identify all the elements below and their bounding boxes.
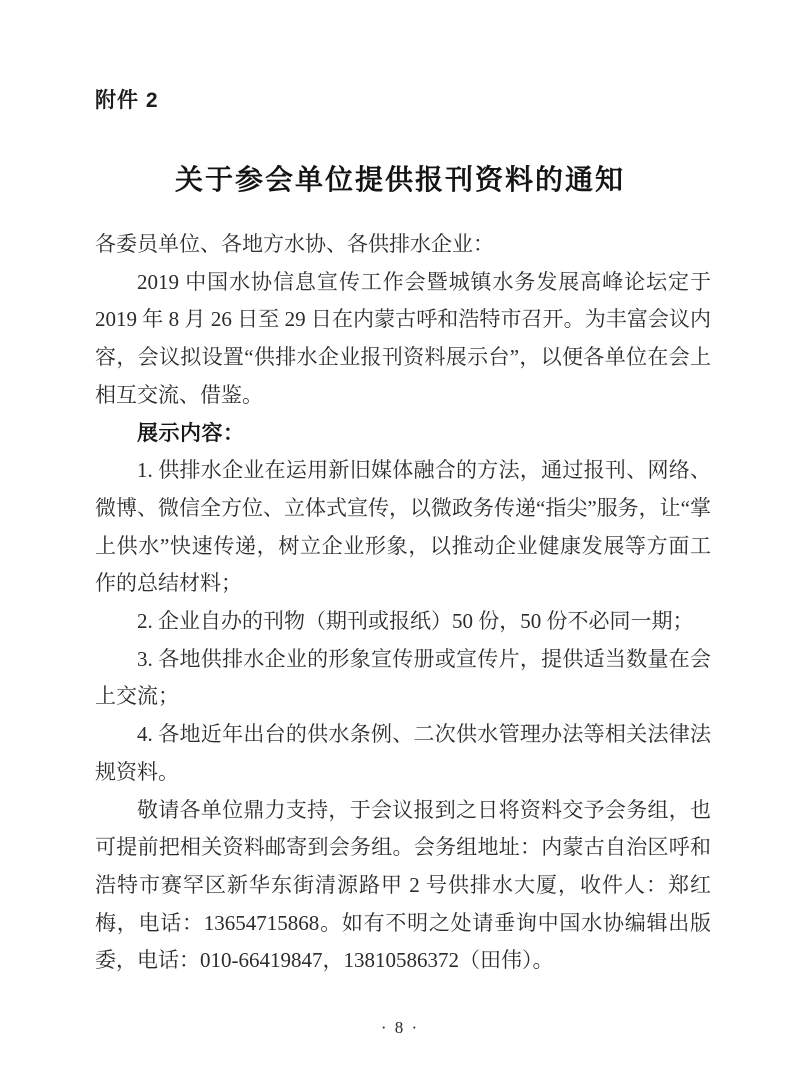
list-item-3: 3. 各地供排水企业的形象宣传册或宣传片，提供适当数量在会上交流； [95, 641, 711, 716]
list-item-1: 1. 供排水企业在运用新旧媒体融合的方法，通过报刊、网络、微博、微信全方位、立体… [95, 452, 711, 603]
document-page: 附件 2 关于参会单位提供报刊资料的通知 各委员单位、各地方水协、各供排水企业：… [0, 0, 800, 1086]
intro-paragraph: 2019 中国水协信息宣传工作会暨城镇水务发展高峰论坛定于 2019 年 8 月… [95, 264, 711, 415]
list-item-4: 4. 各地近年出台的供水条例、二次供水管理办法等相关法律法规资料。 [95, 716, 711, 791]
closing-paragraph: 敬请各单位鼎力支持，于会议报到之日将资料交予会务组，也可提前把相关资料邮寄到会务… [95, 792, 711, 981]
attachment-label: 附件 2 [95, 84, 159, 114]
salutation-line: 各委员单位、各地方水协、各供排水企业： [95, 226, 711, 264]
list-item-2: 2. 企业自办的刊物（期刊或报纸）50 份，50 份不必同一期； [95, 603, 711, 641]
section-heading: 展示内容： [95, 415, 711, 453]
page-number: · 8 · [0, 1018, 800, 1038]
document-body: 各委员单位、各地方水协、各供排水企业： 2019 中国水协信息宣传工作会暨城镇水… [95, 226, 711, 980]
document-title: 关于参会单位提供报刊资料的通知 [0, 158, 800, 198]
